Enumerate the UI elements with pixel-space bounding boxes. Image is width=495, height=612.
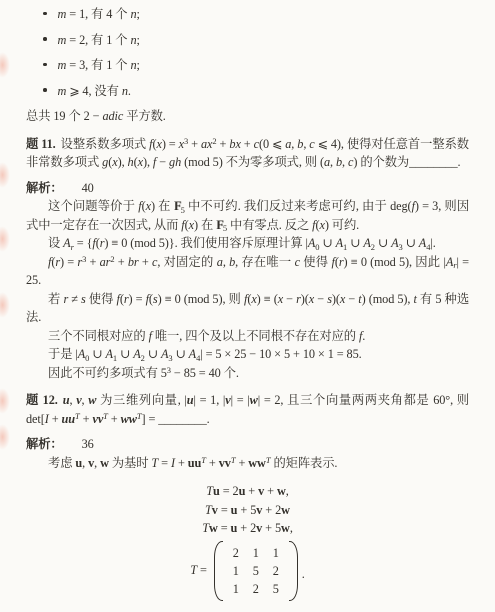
matrix-cell: 2 — [249, 580, 263, 598]
matrix-grid: 2 1 1 1 5 2 1 2 5 — [223, 541, 289, 601]
bullet-text: m = 2, 有 1 个 n; — [58, 33, 140, 47]
matrix-suffix: . — [302, 565, 305, 584]
matrix-cell: 1 — [229, 580, 243, 598]
display-equations: Tu = 2u + v + w, Tv = u + 5v + 2w Tw = u… — [26, 482, 469, 538]
equation-Tv: Tv = u + 5v + 2w — [26, 501, 469, 520]
answer-12-line: 解析：36 — [26, 435, 469, 454]
problem-12-text: u, v, w 为三维列向量, |u| = 1, |v| = |w| = 2, … — [26, 393, 469, 426]
matrix-cell: 2 — [269, 562, 283, 580]
solution-11-paragraph: 因此不可约多项式有 53 − 85 = 40 个. — [26, 364, 469, 383]
summary-line: 总共 19 个 2 − adic 平方数. — [26, 107, 469, 126]
bullet-item: m = 1, 有 4 个 n; — [43, 5, 469, 24]
matrix-cell: 2 — [229, 544, 243, 562]
answer-12-value: 36 — [82, 437, 94, 451]
solution-11-paragraph: 设 Ar = {f(r) ≡ 0 (mod 5)}. 我们使用容斥原理计算 |A… — [26, 234, 469, 253]
problem-12-label: 题 12. — [26, 393, 58, 407]
scan-smudge — [0, 52, 10, 78]
solution-12-intro: 考虑 u, v, w 为基时 T = I + uuT + vvT + wwT 的… — [26, 454, 469, 473]
left-paren-icon — [214, 541, 223, 601]
answer-11-label: 解析： — [26, 181, 63, 195]
answer-11-value: 40 — [82, 181, 94, 195]
solution-11-paragraph: 三个不同根对应的 f 唯一, 四个及以上不同根不存在对应的 f. — [26, 327, 469, 346]
bullet-icon — [43, 88, 47, 92]
scan-smudge — [0, 424, 10, 450]
bullet-icon — [43, 12, 47, 16]
scan-smudge — [0, 292, 10, 318]
matrix-cell: 1 — [269, 544, 283, 562]
document-page: m = 1, 有 4 个 n; m = 2, 有 1 个 n; m = 3, 有… — [0, 0, 495, 612]
bullet-item: m = 3, 有 1 个 n; — [43, 56, 469, 75]
matrix-cell: 5 — [269, 580, 283, 598]
matrix-cell: 1 — [249, 544, 263, 562]
bullet-text: m = 3, 有 1 个 n; — [58, 58, 140, 72]
bullet-icon — [43, 63, 47, 67]
answer-12-label: 解析： — [26, 437, 63, 451]
bullet-item: m ⩾ 4, 没有 n. — [43, 82, 469, 101]
equation-Tw: Tw = u + 2v + 5w, — [26, 519, 469, 538]
solution-11-paragraph: 这个问题等价于 f(x) 在 F5 中不可约. 我们反过来考虑可约, 由于 de… — [26, 197, 469, 234]
bullet-text: m ⩾ 4, 没有 n. — [58, 84, 131, 98]
scan-smudge — [0, 388, 10, 414]
answer-11-line: 解析：40 — [26, 179, 469, 198]
matrix-cell: 1 — [229, 562, 243, 580]
problem-11-label: 题 11. — [26, 137, 56, 151]
solution-11-paragraph: 于是 |A0 ∪ A1 ∪ A2 ∪ A3 ∪ A4| = 5 × 25 − 1… — [26, 345, 469, 364]
bullet-icon — [43, 37, 47, 41]
case-bullet-list: m = 1, 有 4 个 n; m = 2, 有 1 个 n; m = 3, 有… — [26, 5, 469, 100]
scan-smudge — [0, 162, 10, 188]
matrix-equation: T = 2 1 1 1 5 2 1 2 5 . — [26, 541, 469, 601]
problem-11-text: 设整系数多项式 f(x) = x3 + ax2 + bx + c(0 ⩽ a, … — [26, 137, 469, 170]
matrix-lhs: T = — [190, 561, 207, 580]
scan-smudge — [0, 226, 10, 252]
solution-11-paragraph: f(r) = r3 + ar2 + br + c, 对固定的 a, b, 存在唯… — [26, 253, 469, 290]
problem-12-statement: 题 12.u, v, w 为三维列向量, |u| = 1, |v| = |w| … — [26, 391, 469, 428]
bullet-item: m = 2, 有 1 个 n; — [43, 31, 469, 50]
matrix-cell: 5 — [249, 562, 263, 580]
solution-11-paragraph: 若 r ≠ s 使得 f(r) = f(s) ≡ 0 (mod 5), 则 f(… — [26, 290, 469, 327]
right-paren-icon — [289, 541, 298, 601]
equation-Tu: Tu = 2u + v + w, — [26, 482, 469, 501]
problem-11-statement: 题 11.设整系数多项式 f(x) = x3 + ax2 + bx + c(0 … — [26, 135, 469, 172]
bullet-text: m = 1, 有 4 个 n; — [58, 7, 140, 21]
